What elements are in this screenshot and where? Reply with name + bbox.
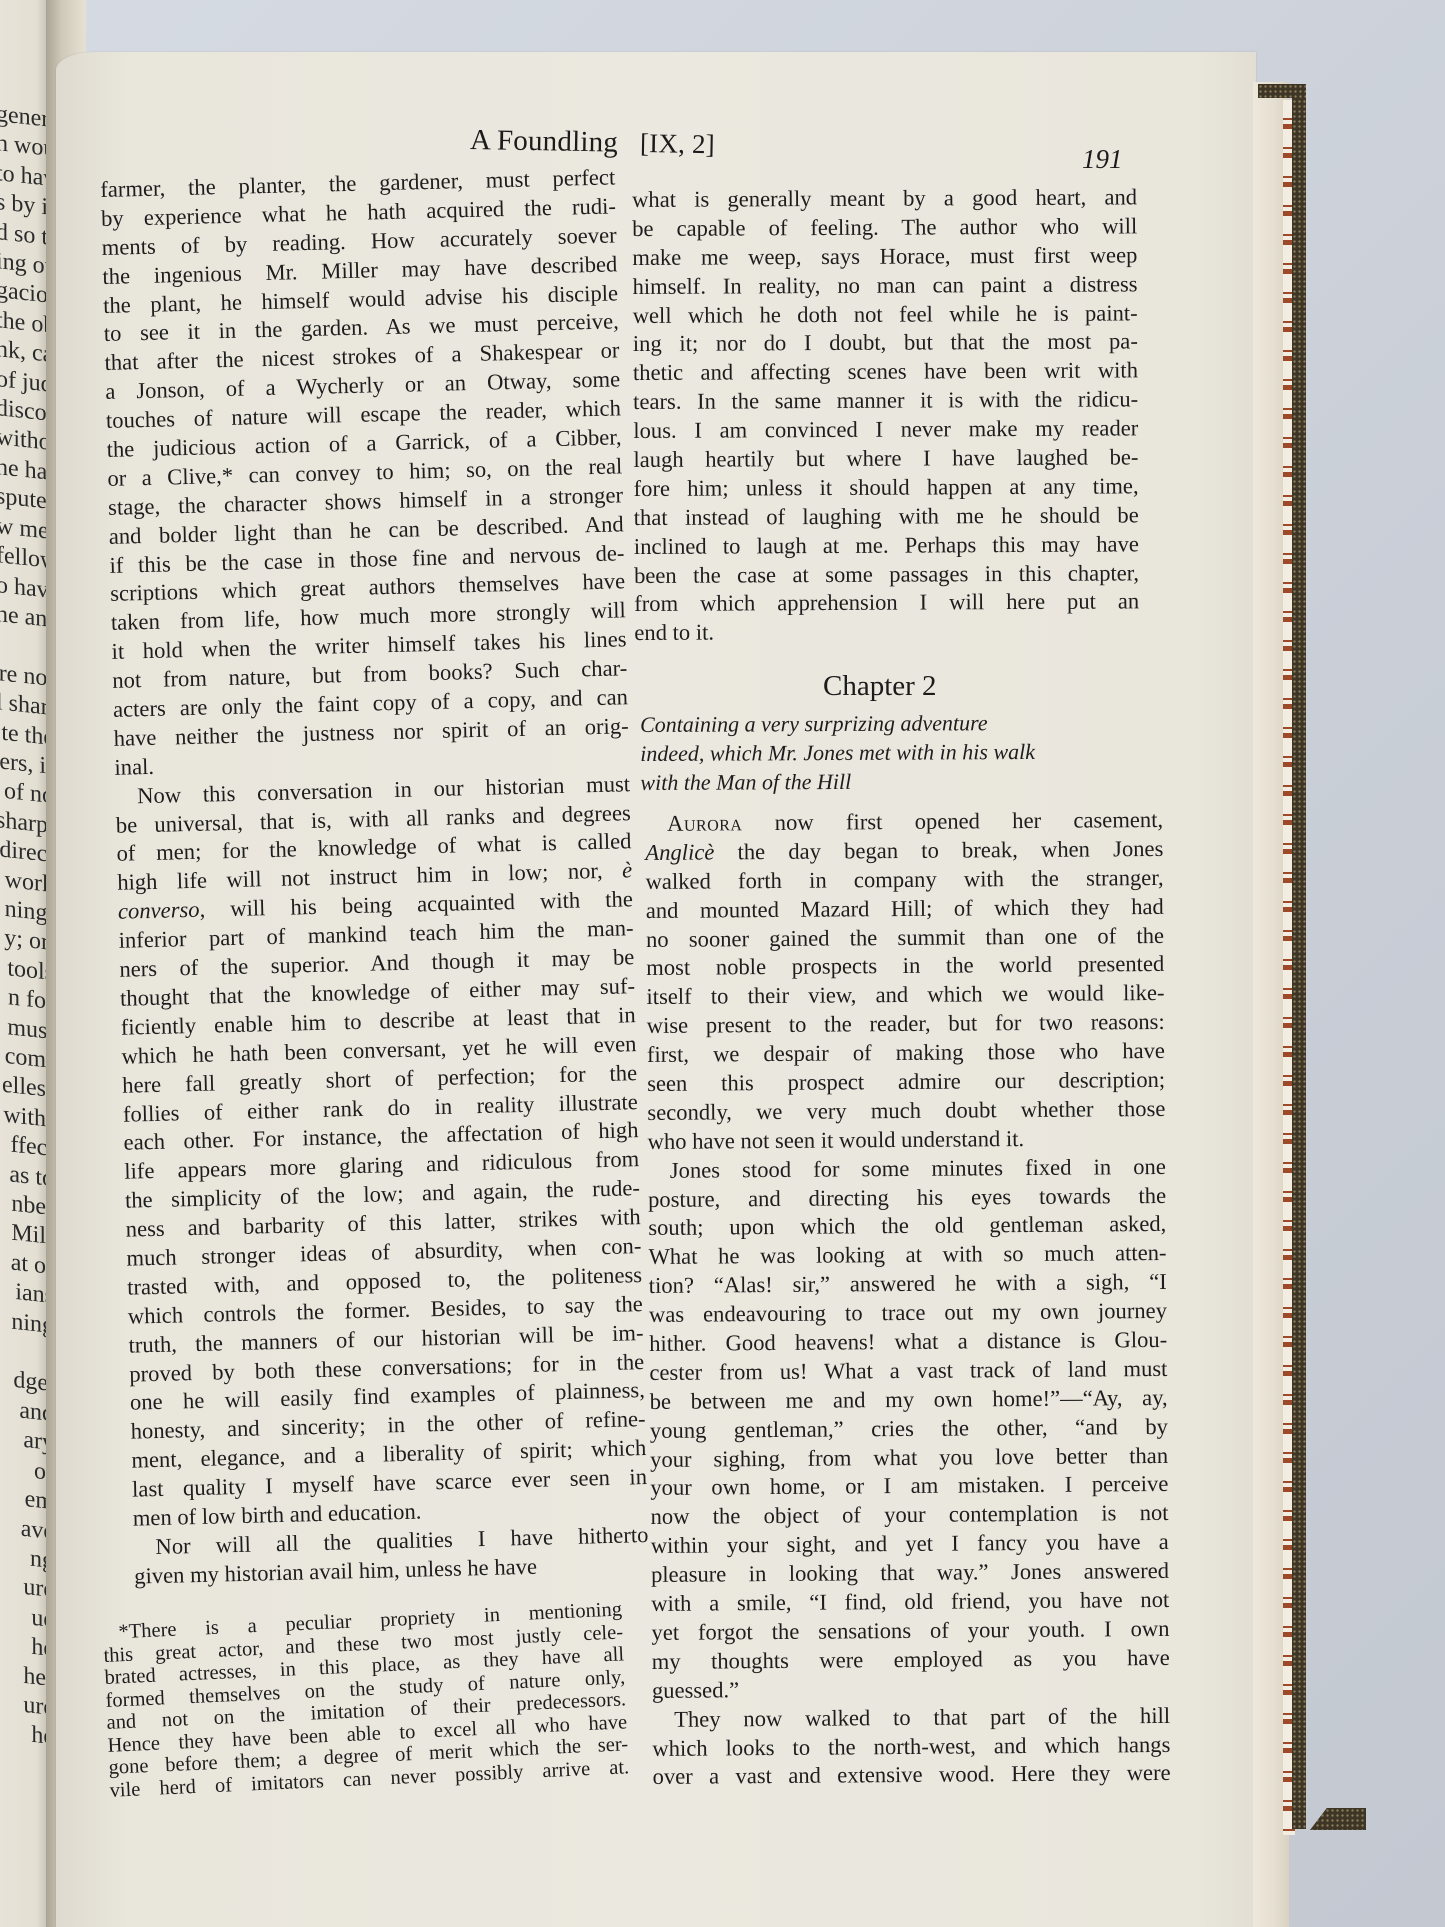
text-line: hither. Good heavens! what a distance is… (649, 1326, 1167, 1359)
footnote: *There is a peculiar propriety in mentio… (102, 1598, 630, 1801)
text-line: Aurora now first opened her casement, (645, 806, 1163, 839)
book-cover-binding-top (1258, 84, 1306, 98)
text-line: well which he doth not feel while he is … (633, 299, 1138, 331)
text-line: thetic and affecting scenes have been wr… (633, 357, 1138, 389)
footnote-marker: * (118, 1621, 129, 1643)
italic-term: Anglicè (645, 839, 714, 865)
chapter-subtitle-line: Containing a very surprizing adventure (640, 707, 1160, 739)
text-line: Anglicè the day began to break, when Jon… (645, 835, 1163, 868)
facing-page-fragment: ne and (0, 600, 52, 636)
chapter-heading: Chapter 2 (823, 670, 937, 703)
text-line: tears. In the same manner it is with the… (633, 386, 1138, 418)
text-line: cester from us! What a vast track of lan… (649, 1355, 1167, 1388)
right-text-column-top: what is generally meant by a good heart,… (632, 183, 1139, 648)
text-line: himself. In reality, no man can paint a … (632, 270, 1137, 302)
italic-term: converso (118, 897, 200, 924)
text-line: tion? “Alas! sir,” answered he with a si… (649, 1268, 1167, 1301)
text-line: What he was looking at with so much atte… (648, 1239, 1166, 1272)
book-cover-binding (1292, 84, 1306, 1829)
text-line: most noble prospects in the world presen… (646, 950, 1164, 983)
text-line: who have not seen it would understand it… (647, 1124, 1165, 1157)
text-line: They now walked to that part of the hill (652, 1702, 1170, 1735)
text-line: be between me and my own home!”—“Ay, ay, (650, 1384, 1168, 1417)
text-line: be capable of feeling. The author who wi… (632, 212, 1137, 244)
text-line: secondly, we very much doubt whether tho… (647, 1095, 1165, 1128)
text-line: young gentleman,” cries the other, “and … (650, 1413, 1168, 1446)
text-line: from which apprehension I will here put … (634, 588, 1139, 620)
page-number: 191 (1082, 144, 1123, 175)
text-line: within your sight, and yet I fancy you h… (651, 1528, 1169, 1561)
text-line: your own home, or I am mistaken. I perce… (650, 1470, 1168, 1503)
text-line: Jones stood for some minutes fixed in on… (648, 1153, 1166, 1186)
text-line: wise present to the reader, but for two … (647, 1008, 1165, 1041)
text-line: seen this prospect admire our descriptio… (647, 1066, 1165, 1099)
text-line: first, we despair of making those who ha… (647, 1037, 1165, 1070)
running-head: A Foundling[IX, 2] (470, 124, 715, 161)
section-marker: [IX, 2] (640, 128, 715, 159)
facing-page-fragment: he (0, 1717, 52, 1753)
text-line: pleasure in looking that way.” Jones ans… (651, 1557, 1169, 1590)
text-line: make me weep, says Horace, must first we… (632, 241, 1137, 273)
text-line: fore him; unless it should happen at any… (634, 472, 1139, 504)
chapter-body-column: Aurora now first opened her casement,Ang… (645, 806, 1171, 1792)
text-line: which looks to the north-west, and which… (652, 1730, 1170, 1763)
text-line: over a vast and extensive wood. Here the… (652, 1759, 1170, 1792)
text-line: inclined to laugh at me. Perhaps this ma… (634, 530, 1139, 562)
chapter-subtitle-line: with the Man of the Hill (640, 765, 1160, 797)
text-line: no sooner gained the summit than one of … (646, 921, 1164, 954)
text-line: that instead of laughing with me he shou… (634, 501, 1139, 533)
italic-term: è (622, 858, 633, 883)
text-line: walked forth in company with the strange… (645, 864, 1163, 897)
text-line: posture, and directing his eyes towards … (648, 1181, 1166, 1214)
facing-page-fragment: with- (0, 1100, 52, 1136)
text-line: with a smile, “I find, old friend, you h… (651, 1586, 1169, 1619)
text-line: south; upon which the old gentleman aske… (648, 1210, 1166, 1243)
text-line: laugh heartily but where I have laughed … (633, 443, 1138, 475)
running-head-title: A Foundling (470, 124, 619, 159)
chapter-subtitle: Containing a very surprizing adventure i… (640, 707, 1160, 797)
text-line: ing it; nor do I doubt, but that the mos… (633, 328, 1138, 360)
left-text-column: farmer, the planter, the gardener, must … (100, 163, 649, 1591)
text-line: and mounted Mazard Hill; of which they h… (646, 893, 1164, 926)
text-line: my thoughts were employed as you have (652, 1644, 1170, 1677)
text-line: itself to their view, and which we would… (646, 979, 1164, 1012)
text-line: was endeavouring to trace out my own jou… (649, 1297, 1167, 1330)
text-line: lous. I am convinced I never make my rea… (633, 414, 1138, 446)
text-line: yet forgot the sensations of your youth.… (651, 1615, 1169, 1648)
text-line: your sighing, from what you love better … (650, 1442, 1168, 1475)
facing-page-text-fragments: generallyh wouldto haves by ind so thein… (0, 100, 52, 1753)
text-line: been the case at some passages in this c… (634, 559, 1139, 591)
text-line: what is generally meant by a good heart,… (632, 183, 1137, 215)
facing-page-edge: generallyh wouldto haves by ind so thein… (0, 0, 52, 1927)
chapter-opening-word: Aurora (667, 810, 743, 836)
text-line: guessed.” (652, 1673, 1170, 1706)
text-line: now the object of your contemplation is … (650, 1499, 1168, 1532)
text-line: end to it. (634, 617, 1139, 649)
chapter-subtitle-line: indeed, which Mr. Jones met with in his … (640, 736, 1160, 768)
